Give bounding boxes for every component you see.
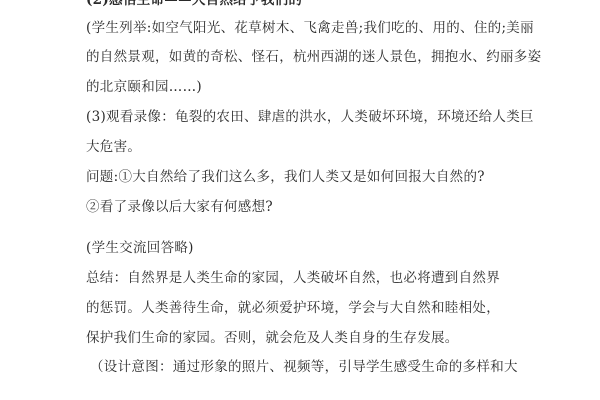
text-line-student-list-cont: 的自然景观，如黄的奇松、怪石，杭州西湖的迷人景色，拥抱水、约丽多姿 [86, 49, 541, 65]
text-line-summary: 总结：自然界是人类生命的家园，人类破坏自然，也必将遭到自然界 [86, 270, 500, 286]
document-page: (2)感悟生命——大自然给予我们的 (学生列举:如空气阳光、花草树木、飞禽走兽;… [0, 0, 600, 400]
text-line-heading-3: (3)观看录像：龟裂的农田、肆虐的洪水，人类破坏环境，环境还给人类巨 [86, 109, 534, 125]
text-line-design-intent: （设计意图：通过形象的照片、视频等，引导学生感受生命的多样和大 [90, 359, 518, 375]
text-line-heading-3-cont: 大危害。 [86, 139, 141, 155]
text-line-heading-2: (2)感悟生命——大自然给予我们的 [86, 0, 302, 8]
text-line-summary-cont: 的惩罚。人类善待生命，就必须爱护环境，学会与大自然和睦相处， [86, 300, 500, 316]
text-line-student-answer: (学生交流回答略) [86, 240, 194, 256]
text-line-question-2: ②看了录像以后大家有何感想? [86, 199, 273, 215]
text-line-student-list: (学生列举:如空气阳光、花草树木、飞禽走兽;我们吃的、用的、住的;美丽 [86, 20, 534, 36]
text-line-student-list-end: 的北京颐和园……) [86, 79, 202, 95]
text-line-summary-end: 保护我们生命的家园。否则，就会危及人类自身的生存发展。 [86, 330, 459, 346]
text-line-question-1: 问题:①大自然给了我们这么多，我们人类又是如何回报大自然的? [86, 169, 485, 185]
